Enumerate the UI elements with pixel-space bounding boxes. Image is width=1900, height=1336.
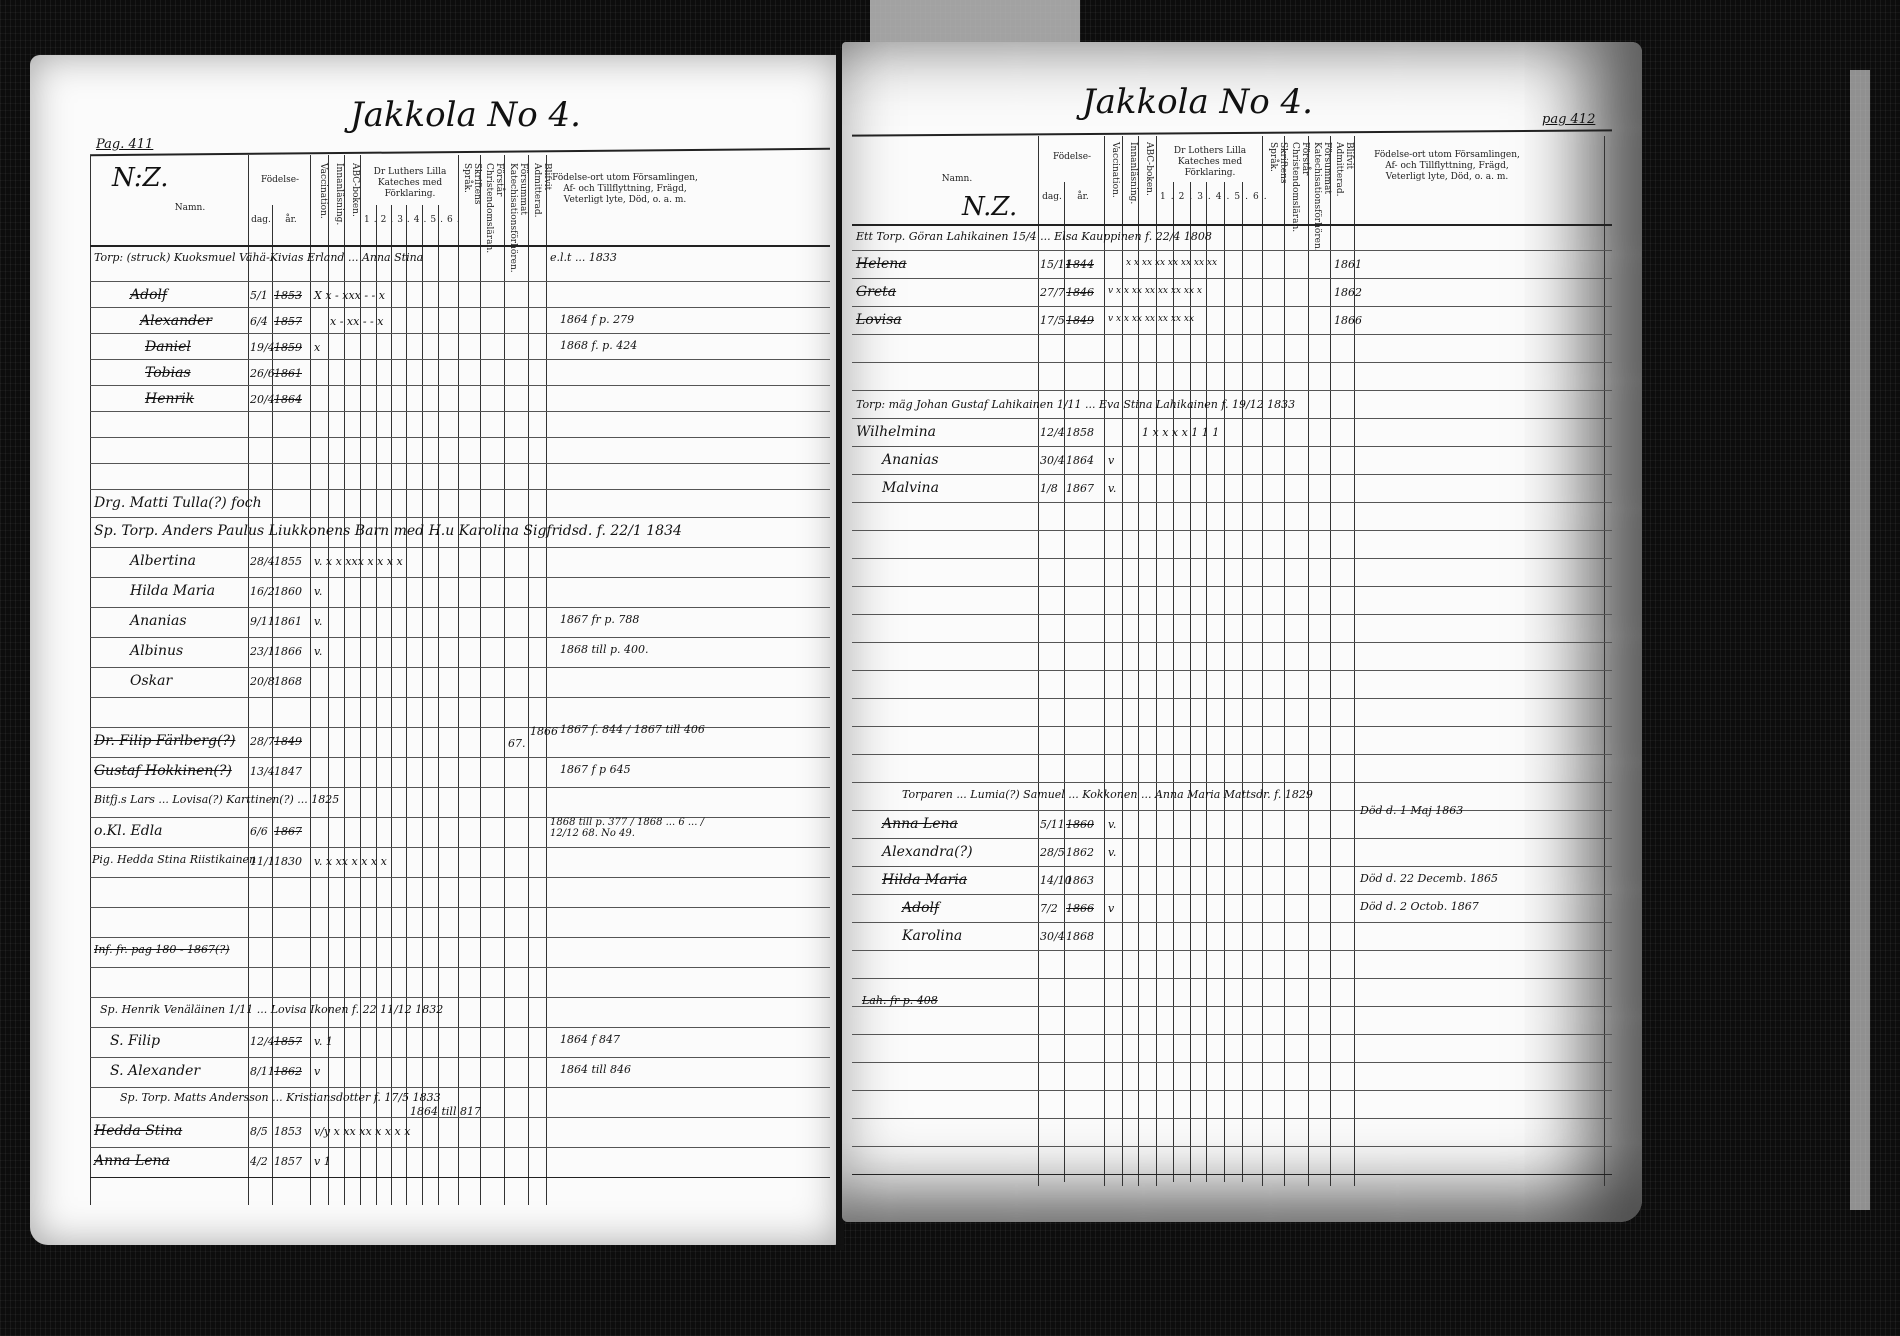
entry-day: 9/11 xyxy=(250,615,275,628)
col-header-innanlasning: Innanläsning. xyxy=(1128,142,1138,212)
right-page-number: pag 412 xyxy=(1542,112,1595,127)
entry-day: 6/4 xyxy=(250,315,268,328)
entry-marks: v. xyxy=(1108,818,1116,831)
col-header-innanlasning: Innanläsning. xyxy=(334,163,344,233)
header-rule xyxy=(852,129,1612,136)
book-edge xyxy=(1850,70,1870,1210)
col-header-forsamnat: Försummat Katechisationsförhören. xyxy=(1312,142,1332,212)
entry-day: 30/4 xyxy=(1040,454,1065,467)
entry-name: Helena xyxy=(856,256,907,272)
entry-notes: 1864 till 817 xyxy=(410,1105,481,1118)
entry-year: 1867 xyxy=(1066,482,1094,495)
entry-marks: v x x xx xx xx xx xx xyxy=(1108,314,1194,324)
col-header-katekes-numbers: 1.2.3.4.5.6. xyxy=(1160,192,1260,203)
entry-year: 1866 xyxy=(1066,902,1094,915)
entry-marks: v. x xx x x x x xyxy=(314,855,387,868)
entry-day: 27/7 xyxy=(1040,286,1065,299)
entry-marks: v. xyxy=(1108,846,1116,859)
entry-day: 5/1 xyxy=(250,289,268,302)
entry-day: 8/5 xyxy=(250,1125,268,1138)
entry-name: Albinus xyxy=(130,643,183,659)
header-rule xyxy=(90,148,830,156)
entry-year: 1868 xyxy=(1066,930,1094,943)
entry-day: 13/4 xyxy=(250,765,275,778)
entry-day: 4/2 xyxy=(250,1155,268,1168)
entry-name: S. Alexander xyxy=(110,1063,200,1079)
entry-day: 12/4 xyxy=(1040,426,1065,439)
left-page-number: Pag. 411 xyxy=(96,137,153,152)
entry-day: 5/11 xyxy=(1040,818,1065,831)
entry-admitted: 1866 xyxy=(530,725,558,738)
entry-name: Ananias xyxy=(130,613,187,629)
col-header-fodelse: Födelse- xyxy=(250,175,310,186)
entry-name: Ananias xyxy=(882,452,939,468)
entry-year: 1860 xyxy=(274,585,302,598)
entry-year: 1859 xyxy=(274,341,302,354)
entry-year: 1830 xyxy=(274,855,302,868)
entry-year: 1849 xyxy=(1066,314,1094,327)
col-header-katekes: Dr Lothers Lilla Kateches med Förklaring… xyxy=(1160,146,1260,179)
entry-name: Malvina xyxy=(882,480,939,496)
col-header-blifvit: Blifvit Admitterad. xyxy=(1334,142,1354,212)
col-header-katekes-numbers: 1.2.3.4.5.6. xyxy=(364,215,456,226)
entry-name: Torp: (struck) Kuoksmuel Vähä-Kivias Erl… xyxy=(94,251,423,264)
entry-admitted: 1866 xyxy=(1334,314,1362,327)
col-header-notes: Födelse-ort utom Församlingen, Af- och T… xyxy=(1367,150,1527,183)
entry-name: Lah. fr p. 408 xyxy=(862,994,938,1007)
col-header-namn: Namn. xyxy=(912,174,1002,185)
entry-name: S. Filip xyxy=(110,1033,160,1049)
entry-marks: v/y x xx xx x x x x xyxy=(314,1125,410,1138)
entry-notes: Död d. 2 Octob. 1867 xyxy=(1360,900,1479,913)
col-header-fodelse: Födelse- xyxy=(1042,152,1102,163)
entry-day: 23/1 xyxy=(250,645,275,658)
entry-notes: 1868 f. p. 424 xyxy=(560,339,637,352)
entry-name: Hilda Maria xyxy=(130,583,215,599)
entry-name: Ett Torp. Göran Lahikainen 15/4 ... Elsa… xyxy=(856,230,1212,243)
entry-year: 1853 xyxy=(274,289,302,302)
entry-year: 1862 xyxy=(274,1065,302,1078)
entry-year: 1868 xyxy=(274,675,302,688)
entry-name: Sp. Torp. Matts Andersson ... Kristiansd… xyxy=(120,1091,441,1104)
entry-name: Gustaf Hokkinen(?) xyxy=(94,763,232,779)
entry-name: Anna Lena xyxy=(882,816,958,832)
entry-year: 1867 xyxy=(274,825,302,838)
col-header-dag: dag. xyxy=(250,215,272,226)
entry-marks: v xyxy=(1108,454,1114,467)
entry-year: 1849 xyxy=(274,735,302,748)
col-header-abc: ABC-boken. xyxy=(350,163,360,233)
entry-year: 1861 xyxy=(274,615,302,628)
col-header-abc: ABC-boken. xyxy=(1144,142,1154,212)
entry-notes: 1867 f p 645 xyxy=(560,763,631,776)
entry-marks: x x xx xx xx xx xx xx xyxy=(1126,258,1217,268)
entry-marks: X x - xxx - - x xyxy=(314,289,385,302)
entry-year: 1860 xyxy=(1066,818,1094,831)
entry-notes: Död d. 22 Decemb. 1865 xyxy=(1360,872,1498,885)
entry-day: 11/1 xyxy=(250,855,275,868)
entry-marks: v xyxy=(1108,902,1114,915)
entry-year: 1862 xyxy=(1066,846,1094,859)
entry-day: 20/8 xyxy=(250,675,275,688)
left-page: Pag. 411 Jakkola No 4. N:Z. Namn. Födels… xyxy=(30,55,840,1245)
entry-year: 1866 xyxy=(274,645,302,658)
entry-name: Karolina xyxy=(902,928,962,944)
entry-notes: e.l.t ... 1833 xyxy=(550,251,617,264)
entry-day: 20/4 xyxy=(250,393,275,406)
left-page-title: Jakkola No 4. xyxy=(350,95,581,135)
entry-marks: v. xyxy=(314,645,322,658)
entry-name: Hedda Stina xyxy=(94,1123,182,1139)
entry-name: Albertina xyxy=(130,553,196,569)
col-header-dag: dag. xyxy=(1040,192,1064,203)
entry-marks: v. xyxy=(1108,482,1116,495)
entry-name: Lovisa xyxy=(856,312,902,328)
entry-admitted: 1861 xyxy=(1334,258,1362,271)
entry-name: Henrik xyxy=(145,391,194,407)
entry-year: 1847 xyxy=(274,765,302,778)
entry-day: 28/5 xyxy=(1040,846,1065,859)
entry-marks: v. xyxy=(314,585,322,598)
entry-marks: v xyxy=(314,1065,320,1078)
col-header-skriftens: Skriftens Språk. xyxy=(462,163,482,233)
entry-day: 8/11 xyxy=(250,1065,275,1078)
entry-name: Daniel xyxy=(145,339,191,355)
entry-year: 1863 xyxy=(1066,874,1094,887)
entry-name: Drg. Matti Tulla(?) foch xyxy=(94,495,262,511)
col-header-ar: år. xyxy=(274,215,308,226)
entry-day: 6/6 xyxy=(250,825,268,838)
col-header-skriftens: Skriftens Språk. xyxy=(1268,142,1288,212)
entry-name: Adolf xyxy=(902,900,939,916)
col-header-forstar: Förstår Christendomsläran. xyxy=(1290,142,1310,212)
entry-year: 1864 xyxy=(1066,454,1094,467)
entry-marks: x - xx - - x xyxy=(330,315,383,328)
entry-notes: Död d. 1 Maj 1863 xyxy=(1360,804,1463,817)
entry-name: Hilda Maria xyxy=(882,872,967,888)
entry-marks: v. 1 xyxy=(314,1035,333,1048)
entry-name: Pig. Hedda Stina Riistikainen xyxy=(92,853,256,866)
entry-notes: 1864 till 846 xyxy=(560,1063,631,1076)
entry-name: Alexandra(?) xyxy=(882,844,973,860)
entry-name: Dr. Filip Färlberg(?) xyxy=(94,733,235,749)
entry-notes: 1867 fr p. 788 xyxy=(560,613,639,626)
entry-notes: 1867 f. 844 / 1867 till 406 xyxy=(560,723,705,736)
entry-day: 16/2 xyxy=(250,585,275,598)
entry-admitted: 1862 xyxy=(1334,286,1362,299)
col-header-ar: år. xyxy=(1066,192,1100,203)
nz-mark: N.Z. xyxy=(962,192,1017,222)
entry-year: 1857 xyxy=(274,1155,302,1168)
entry-marks: v. xyxy=(314,615,322,628)
entry-day: 19/4 xyxy=(250,341,275,354)
entry-name: Anna Lena xyxy=(94,1153,170,1169)
entry-day: 26/6 xyxy=(250,367,275,380)
entry-name: Inf. fr. pag 180 - 1867(?) xyxy=(94,943,230,956)
entry-name: Sp. Torp. Anders Paulus Liukkonens Barn … xyxy=(94,523,682,539)
entry-notes: 1864 f 847 xyxy=(560,1033,620,1046)
entry-day: 7/2 xyxy=(1040,902,1058,915)
col-header-vaccination: Vaccination. xyxy=(1110,142,1120,212)
entry-extra: 67. xyxy=(508,737,526,750)
entry-name: Adolf xyxy=(130,287,167,303)
entry-name: Wilhelmina xyxy=(856,424,936,440)
entry-marks: v x x xx xx xx xx xx x xyxy=(1108,286,1202,296)
entry-year: 1853 xyxy=(274,1125,302,1138)
entry-name: Oskar xyxy=(130,673,172,689)
col-header-katekes: Dr Luthers Lilla Kateches med Förklaring… xyxy=(364,167,456,200)
entry-year: 1861 xyxy=(274,367,302,380)
nz-mark: N:Z. xyxy=(112,163,168,193)
entry-day: 17/5 xyxy=(1040,314,1065,327)
entry-marks: v. x x xxx x x x x xyxy=(314,555,403,568)
entry-year: 1855 xyxy=(274,555,302,568)
entry-day: 28/7 xyxy=(250,735,275,748)
entry-name: Torparen ... Lumia(?) Samuel ... Kokkone… xyxy=(902,788,1313,801)
entry-notes: 1864 f p. 279 xyxy=(560,313,634,326)
col-header-forsamnat: Försummat Katechisationsförhören. xyxy=(508,163,528,233)
entry-year: 1864 xyxy=(274,393,302,406)
entry-year: 1858 xyxy=(1066,426,1094,439)
entry-name: Sp. Henrik Venäläinen 1/11 ... Lovisa Ik… xyxy=(100,1003,443,1016)
entry-day: 1/8 xyxy=(1040,482,1058,495)
col-header-vaccination: Vaccination. xyxy=(318,163,328,233)
entry-year: 1846 xyxy=(1066,286,1094,299)
entry-name: Bitfj.s Lars ... Lovisa(?) Karttinen(?) … xyxy=(94,793,339,806)
entry-name: Greta xyxy=(856,284,896,300)
entry-name: Torp: mäg Johan Gustaf Lahikainen 1/11 .… xyxy=(856,398,1295,411)
col-header-namn: Namn. xyxy=(140,203,240,214)
right-page-title: Jakkola No 4. xyxy=(1082,82,1313,122)
entry-name: o.Kl. Edla xyxy=(94,823,162,839)
entry-name: Alexander xyxy=(140,313,212,329)
entry-name: Tobias xyxy=(145,365,191,381)
entry-marks: 1 x x x x 1 1 1 xyxy=(1142,426,1219,439)
col-header-notes: Födelse-ort utom Församlingen, Af- och T… xyxy=(550,173,700,206)
entry-year: 1857 xyxy=(274,315,302,328)
entry-marks: v 1 xyxy=(314,1155,331,1168)
entry-notes: 1868 till p. 400. xyxy=(560,643,649,656)
col-header-blifvit: Blifvit Admitterad. xyxy=(532,163,552,233)
right-page: pag 412 Jakkola No 4. Namn. N.Z. Födelse… xyxy=(842,42,1642,1222)
entry-day: 28/4 xyxy=(250,555,275,568)
entry-day: 30/4 xyxy=(1040,930,1065,943)
entry-year: 1857 xyxy=(274,1035,302,1048)
col-header-forstar: Förstår Christendomsläran. xyxy=(484,163,504,233)
entry-day: 12/4 xyxy=(250,1035,275,1048)
entry-marks: x xyxy=(314,341,320,354)
entry-year: 1844 xyxy=(1066,258,1094,271)
entry-notes: 1868 till p. 377 / 1868 ... 6 ... / 12/1… xyxy=(550,817,720,839)
